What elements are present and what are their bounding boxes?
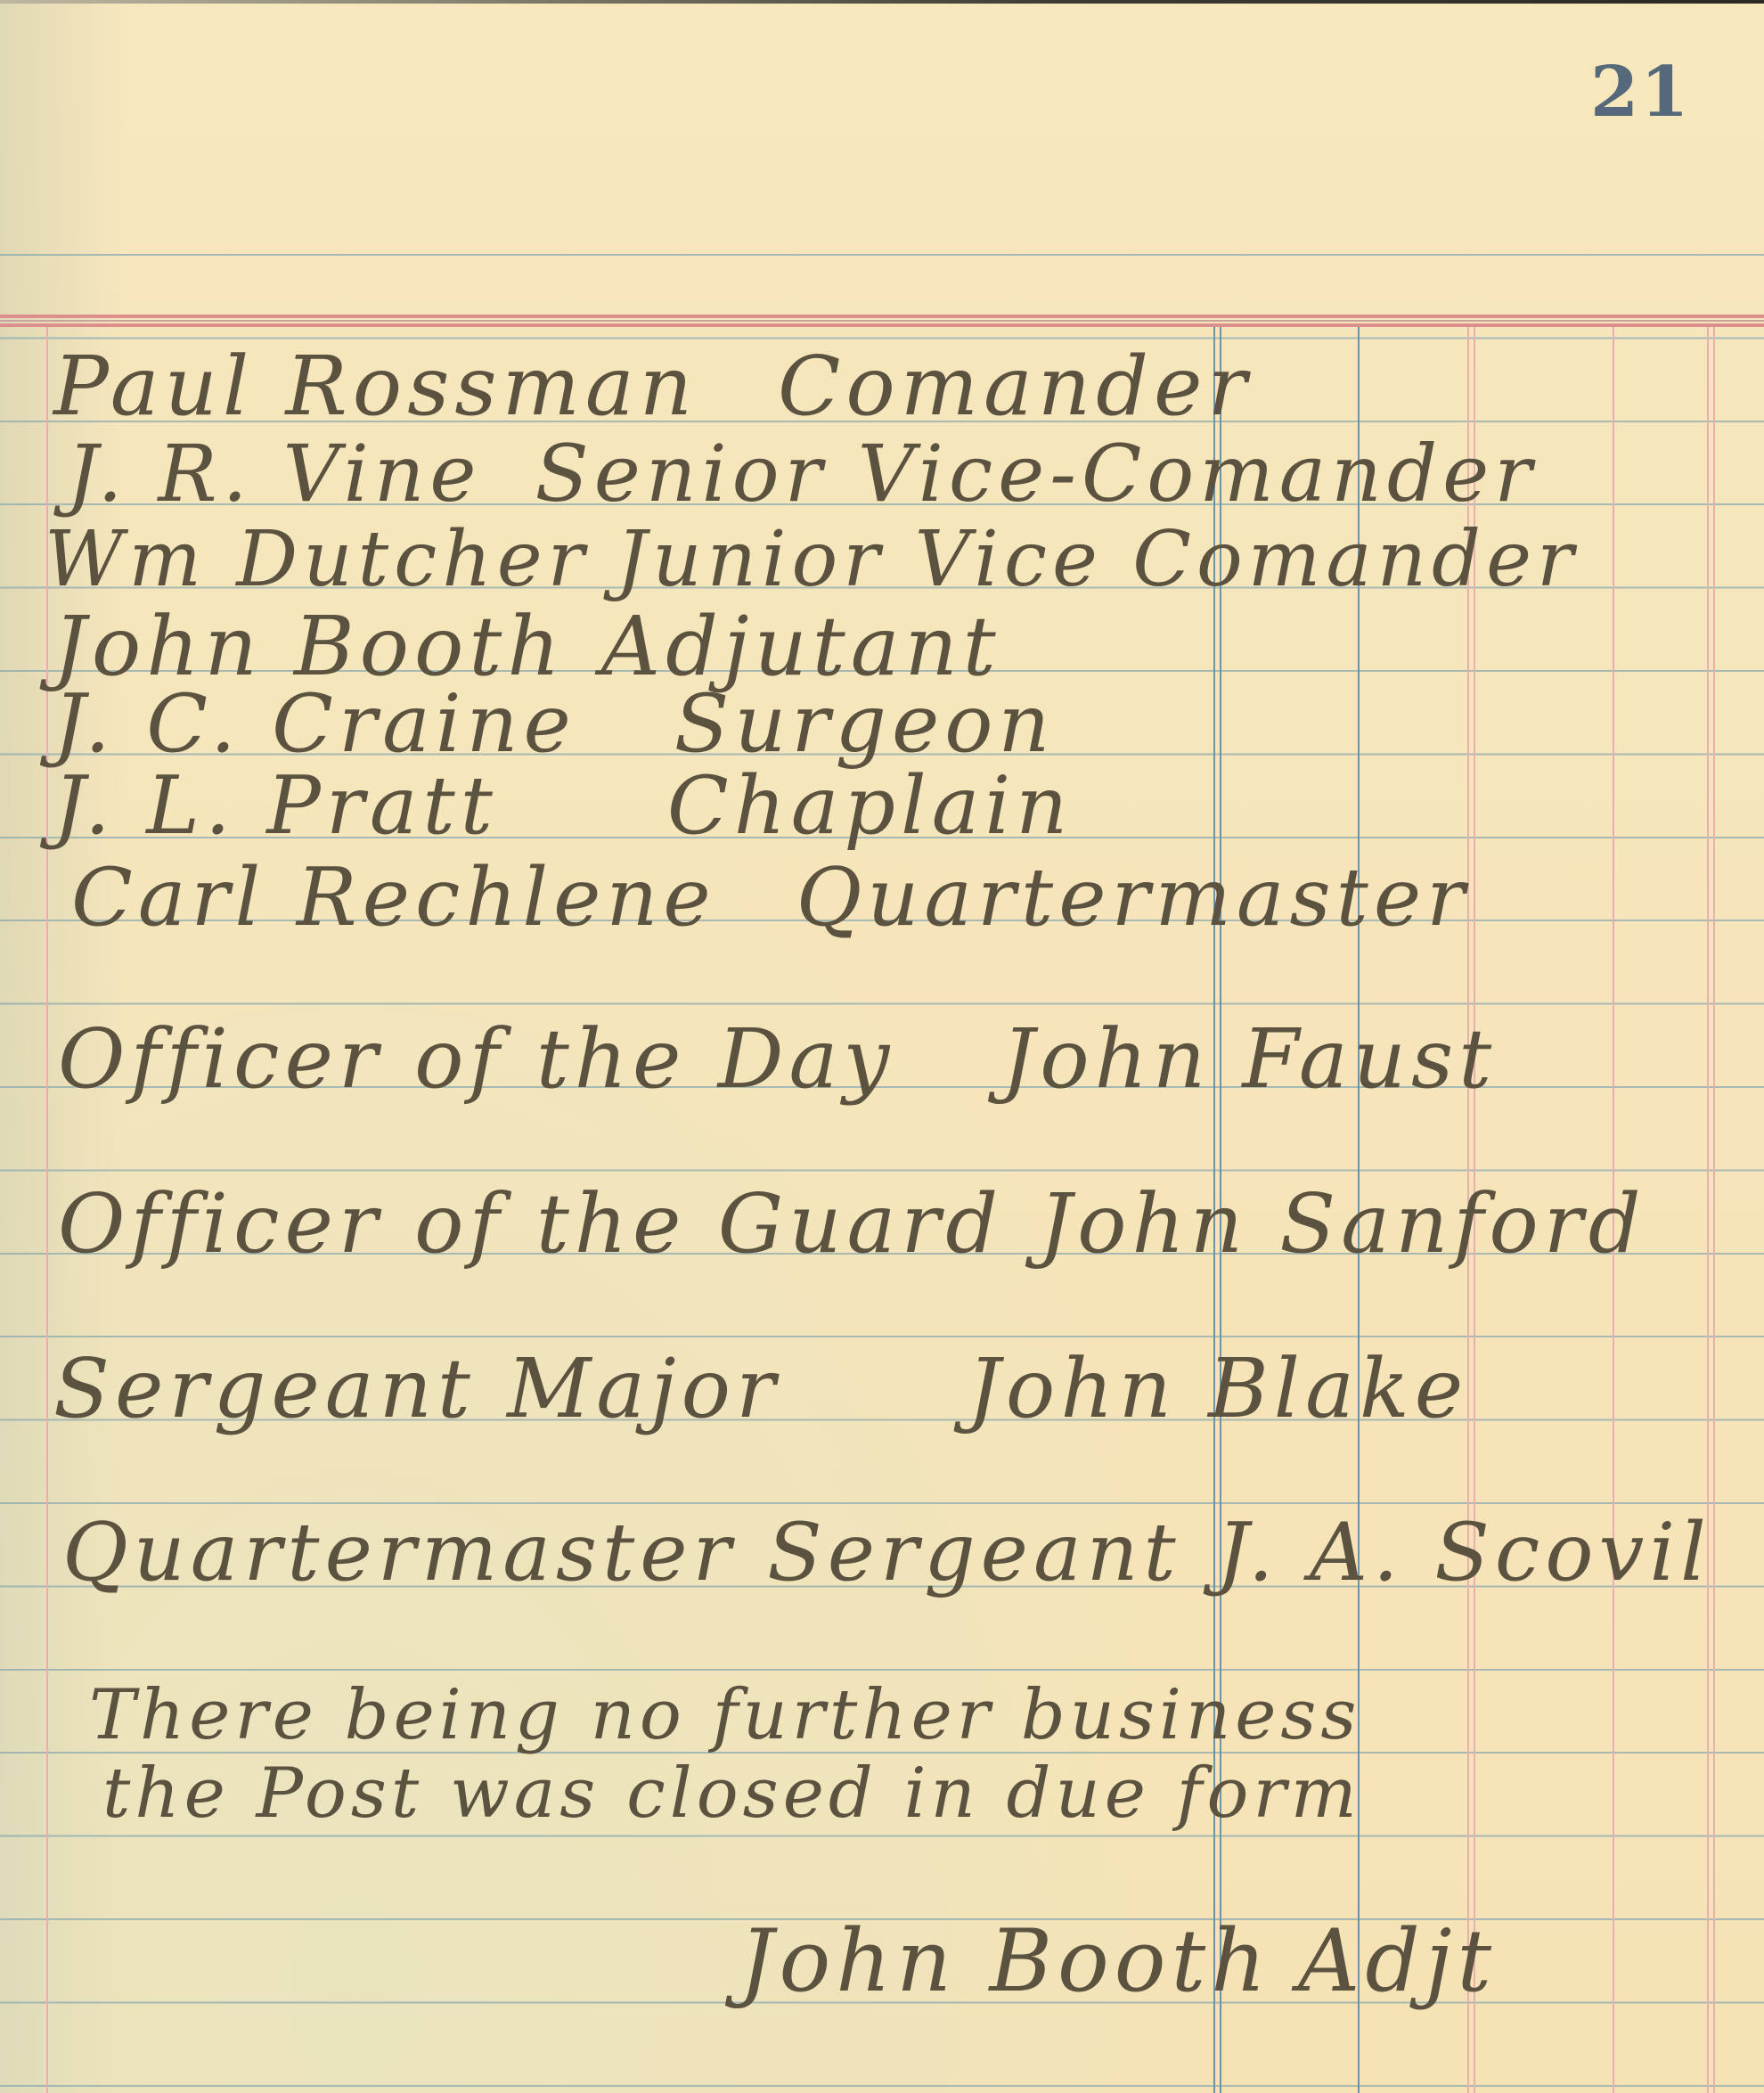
appointed-row: Officer of the DayJohn Faust [58,1011,1497,1107]
header-rule-middle [0,320,1764,322]
appointed-row: Sergeant MajorJohn Blake [53,1341,1468,1436]
header-rule-bottom [0,323,1764,327]
officer-title: Quartermaster [796,851,1471,944]
appointed-name: John Faust [1001,1011,1497,1107]
officer-row: J. C. CraineSurgeon [53,677,1055,771]
closing-line-1: There being no further business [89,1675,1360,1755]
appointed-title: Officer of the Guard [58,1176,1003,1271]
officer-row: J. L. PrattChaplain [53,759,1073,853]
page-top-edge [0,0,1764,4]
column-line-pink-3a [1707,327,1709,2093]
officer-row: Wm DutcherJunior Vice Comander [45,515,1579,604]
officer-name: J. R. Vine [67,428,482,519]
ledger-page: 21 Paul RossmanComander J. R. VineSenior… [0,0,1764,2093]
officer-name: Carl Rechlene [71,851,716,944]
closing-line-2: the Post was closed in due form [102,1754,1361,1834]
officer-title: Comander [778,339,1252,434]
signature-title: Adjt [1298,1911,1497,2011]
appointed-title: Quartermaster Sergeant [62,1506,1181,1599]
header-rule-top [0,315,1764,318]
appointed-name: John Sanford [1039,1176,1646,1271]
officer-row: Carl RechleneQuartermaster [71,851,1470,944]
appointed-title: Sergeant Major [53,1341,780,1436]
signature-name: John Booth [739,1911,1271,2011]
appointed-row: Officer of the GuardJohn Sanford [58,1176,1646,1271]
signature: John BoothAdjt [739,1911,1497,2011]
officer-row: Paul RossmanComander [53,339,1252,434]
officer-title: Surgeon [674,677,1056,771]
page-number: 21 [1590,52,1691,133]
officer-name: Wm Dutcher [45,515,590,604]
officer-name: Paul Rossman [53,339,698,434]
column-line-pink-3b [1713,327,1715,2093]
officer-name: J. C. Craine [53,677,576,771]
officer-name: J. L. Pratt [53,759,498,853]
appointed-name: J. A. Scovil [1217,1506,1711,1599]
officer-row: J. R. VineSenior Vice-Comander [67,428,1537,519]
appointed-title: Officer of the Day [58,1011,894,1107]
officer-title: Junior Vice Comander [617,515,1579,604]
officer-title: Chaplain [667,759,1073,853]
officer-title: Senior Vice-Comander [535,428,1538,519]
appointed-row: Quartermaster SergeantJ. A. Scovil [62,1506,1711,1599]
appointed-name: John Blake [968,1341,1468,1436]
